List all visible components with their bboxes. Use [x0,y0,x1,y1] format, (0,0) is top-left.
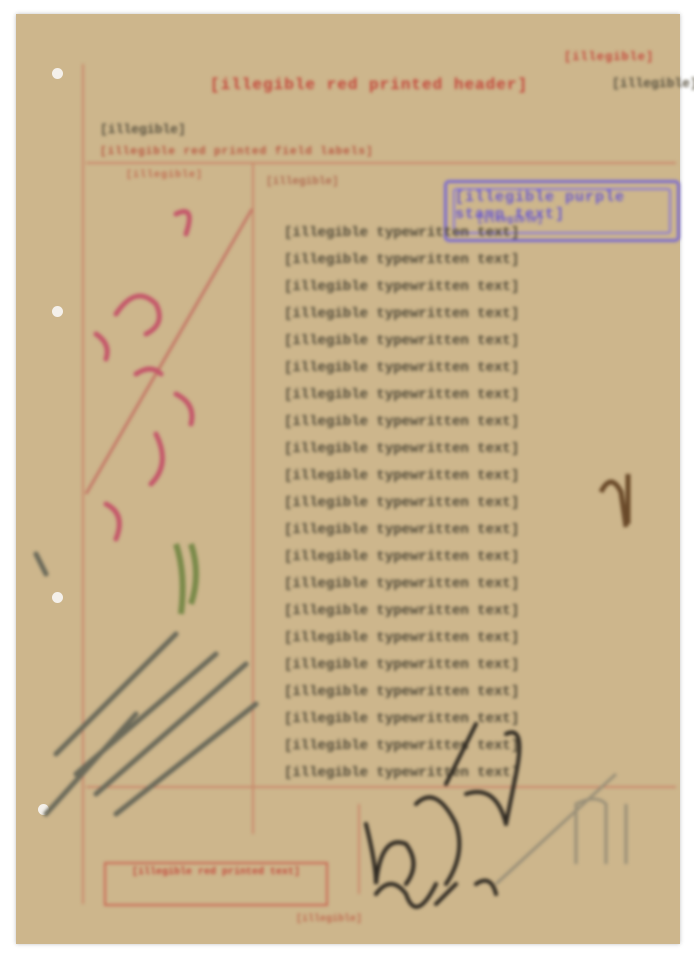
document-page: [illegible red printed header] [illegibl… [16,14,680,944]
green-pencil-mark [176,544,196,614]
brown-ink-mark [601,474,628,527]
pencil-note [496,774,626,884]
ink-signature [366,724,519,907]
handwritten-annotations [16,14,680,944]
grey-pencil-scribbles [36,554,256,814]
red-diagonal-stroke [86,209,252,494]
red-pencil-marks [96,212,192,540]
